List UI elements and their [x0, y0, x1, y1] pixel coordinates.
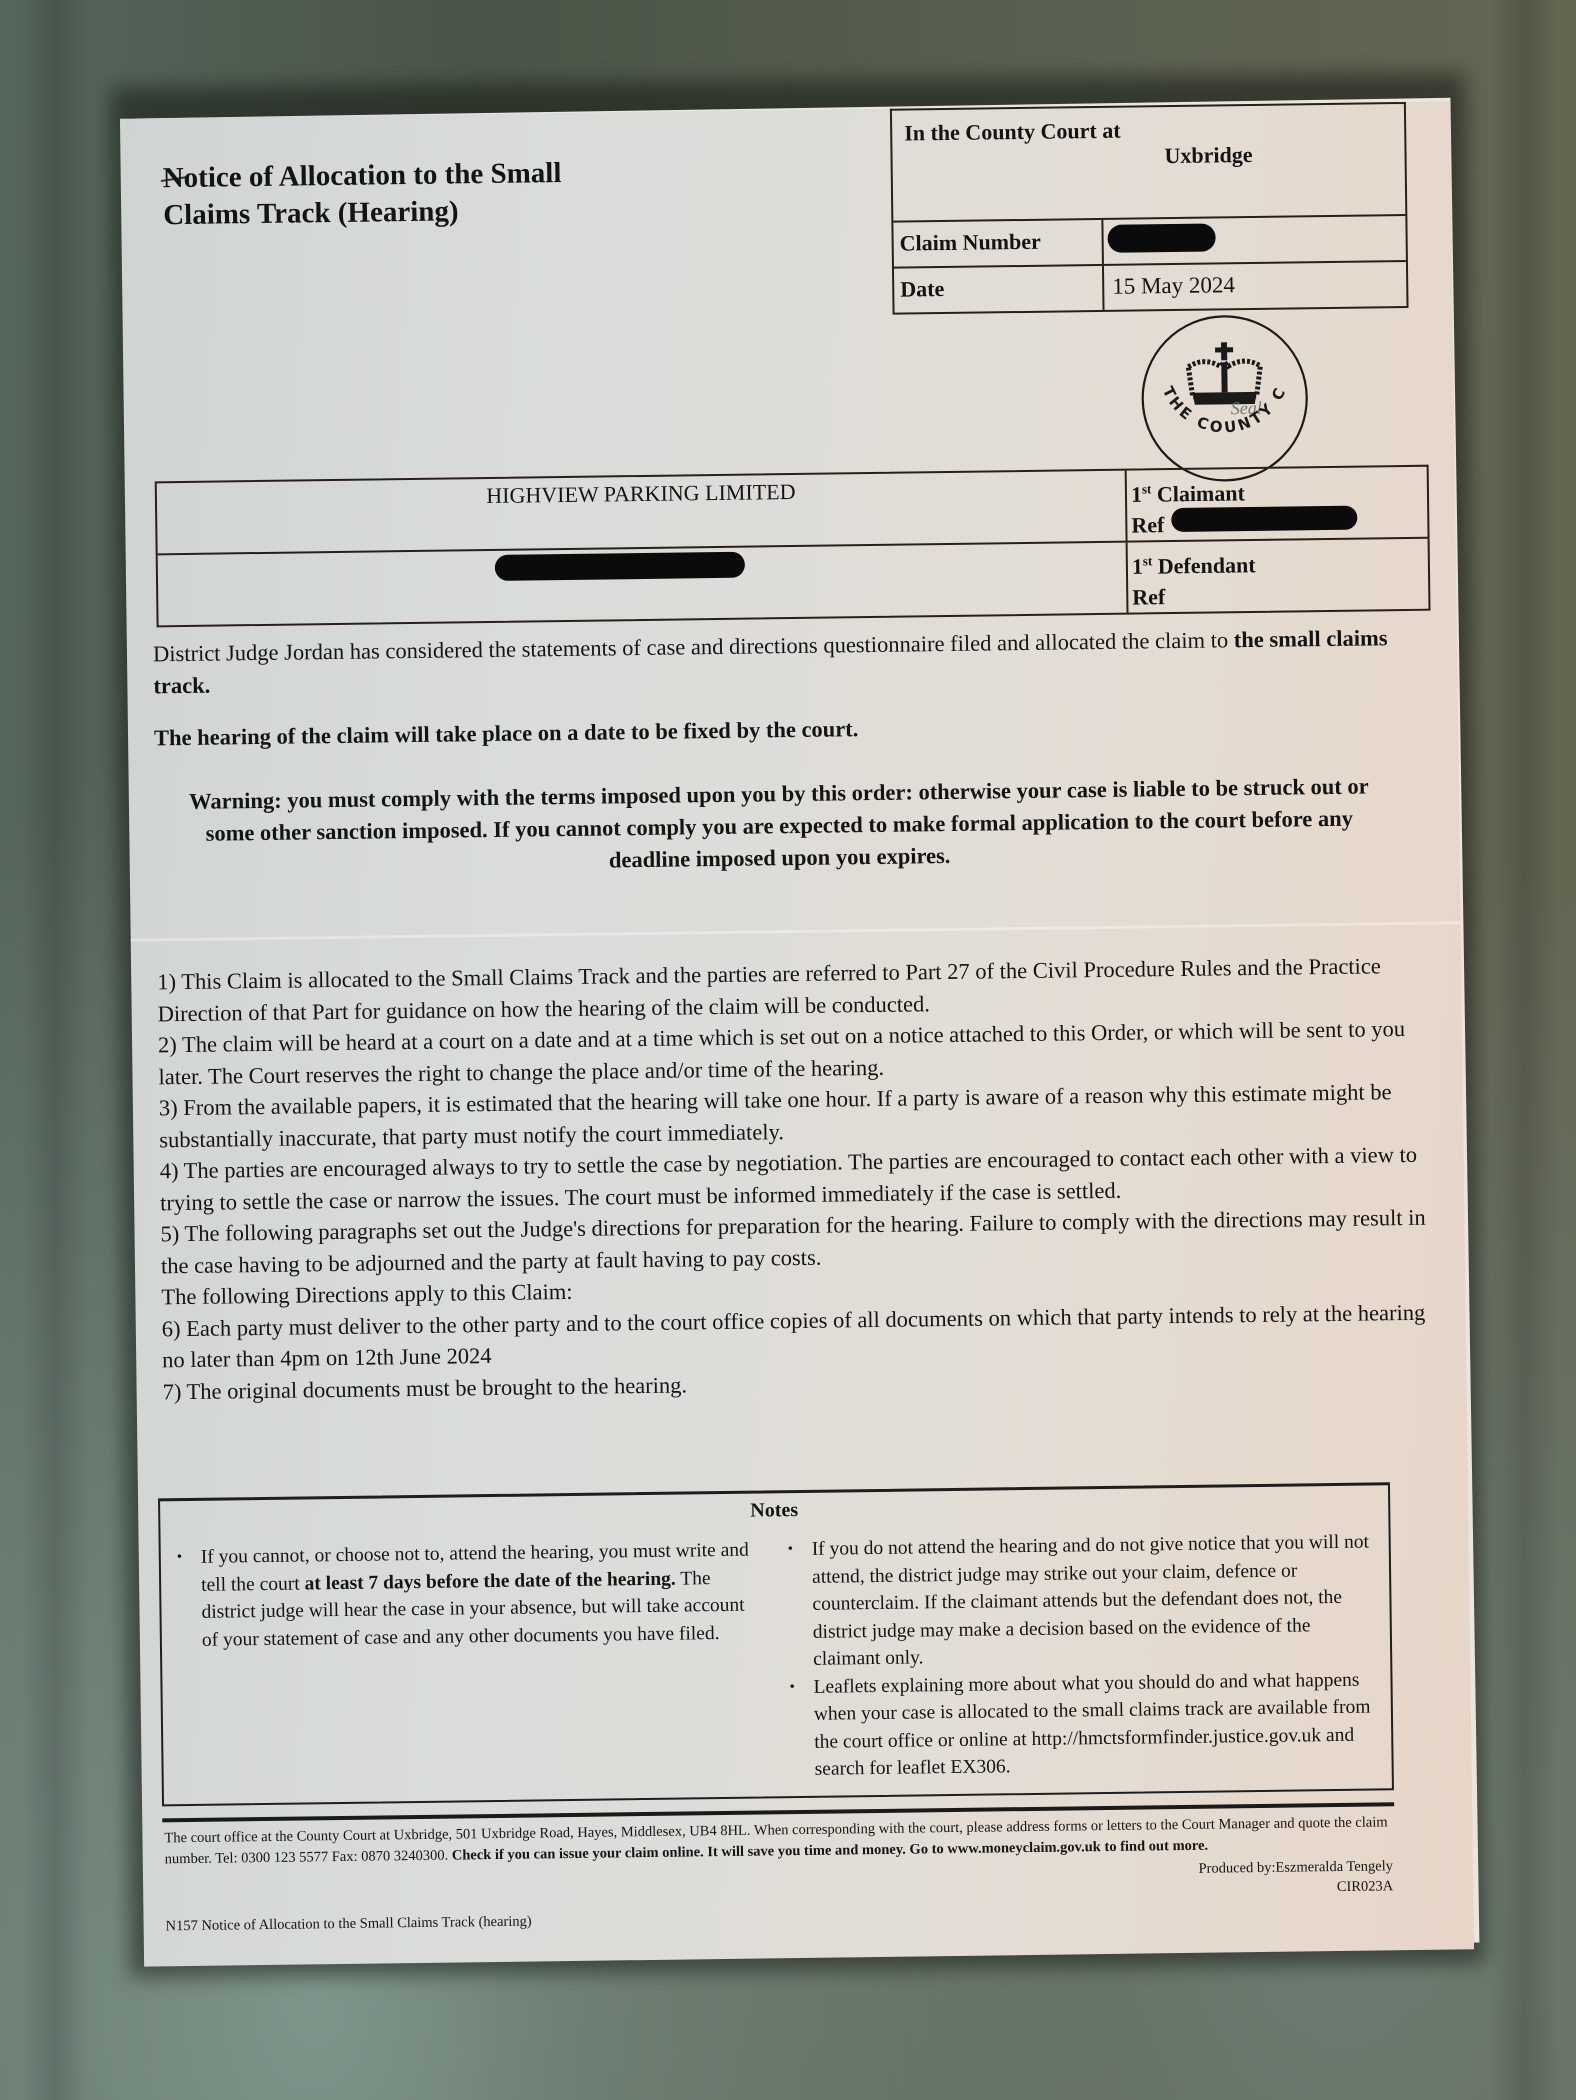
notes-right-column: If you do not attend the hearing and do …	[764, 1528, 1378, 1783]
compliance-warning: Warning: you must comply with the terms …	[189, 770, 1370, 881]
hearing-statement: The hearing of the claim will take place…	[154, 706, 1434, 755]
ordinal: 1	[1131, 482, 1142, 507]
defendant-name	[158, 543, 1129, 626]
claim-number-row: Claim Number	[893, 216, 1406, 269]
allocation-statement: District Judge Jordan has considered the…	[153, 622, 1434, 703]
form-identifier: N157 Notice of Allocation to the Small C…	[166, 1914, 532, 1936]
redaction-mark	[1107, 223, 1215, 252]
seal-ring-text: THE COUNTY COURT	[1138, 311, 1291, 438]
intro-text: District Judge Jordan has considered the…	[153, 627, 1234, 666]
notes-left-column: If you cannot, or choose not to, attend …	[175, 1536, 767, 1791]
court-location: Uxbridge	[1024, 140, 1392, 171]
note-item: If you cannot, or choose not to, attend …	[201, 1536, 765, 1653]
notes-box: Notes If you cannot, or choose not to, a…	[158, 1482, 1394, 1806]
note-item: Leaflets explaining more about what you …	[813, 1666, 1377, 1783]
county-court-seal: Seal THE COUNTY COURT	[1138, 311, 1312, 485]
redaction-mark	[1171, 506, 1357, 532]
note-bold: at least 7 days before the date of the h…	[304, 1568, 675, 1594]
directions-list: 1) This Claim is allocated to the Small …	[157, 950, 1448, 1408]
note-item: If you do not attend the hearing and do …	[812, 1528, 1377, 1673]
background-fold	[1490, 0, 1560, 2100]
background-fold	[20, 0, 90, 2100]
ordinal-suffix: st	[1143, 553, 1153, 568]
document-title: Notice of Allocation to the Small Claims…	[163, 153, 724, 234]
form-code: CIR023A	[1103, 1876, 1393, 1900]
claim-number-label: Claim Number	[893, 220, 1104, 267]
court-details-box: In the County Court at Uxbridge Claim Nu…	[890, 102, 1409, 315]
date-value: 15 May 2024	[1104, 262, 1407, 310]
footer-bold: Check if you can issue your claim online…	[452, 1838, 1208, 1864]
court-header: In the County Court at Uxbridge	[892, 104, 1405, 223]
ordinal: 1	[1132, 554, 1143, 579]
crown-icon	[1188, 342, 1261, 405]
date-row: Date 15 May 2024	[894, 262, 1407, 315]
notes-title: Notes	[160, 1491, 1388, 1530]
date-label: Date	[894, 266, 1105, 313]
defendant-role: 1st Defendant Ref	[1128, 539, 1429, 613]
role-label: Defendant	[1158, 552, 1256, 578]
parties-table: HIGHVIEW PARKING LIMITED 1st Claimant Re…	[155, 465, 1431, 628]
claimant-name: HIGHVIEW PARKING LIMITED	[157, 471, 1128, 554]
claimant-role: 1st Claimant Ref	[1127, 467, 1428, 541]
ref-label: Ref	[1131, 512, 1164, 537]
role-label: Claimant	[1157, 480, 1245, 506]
ordinal-suffix: st	[1142, 481, 1152, 496]
title-line-2: Claims Track (Hearing)	[163, 190, 723, 234]
notice-page: Notice of Allocation to the Small Claims…	[120, 101, 1474, 1966]
produced-by: Produced by:Eszmeralda Tengely CIR023A	[1103, 1856, 1393, 1900]
claim-number-value	[1103, 216, 1406, 264]
ref-label: Ref	[1132, 584, 1165, 609]
redaction-mark	[495, 552, 745, 581]
